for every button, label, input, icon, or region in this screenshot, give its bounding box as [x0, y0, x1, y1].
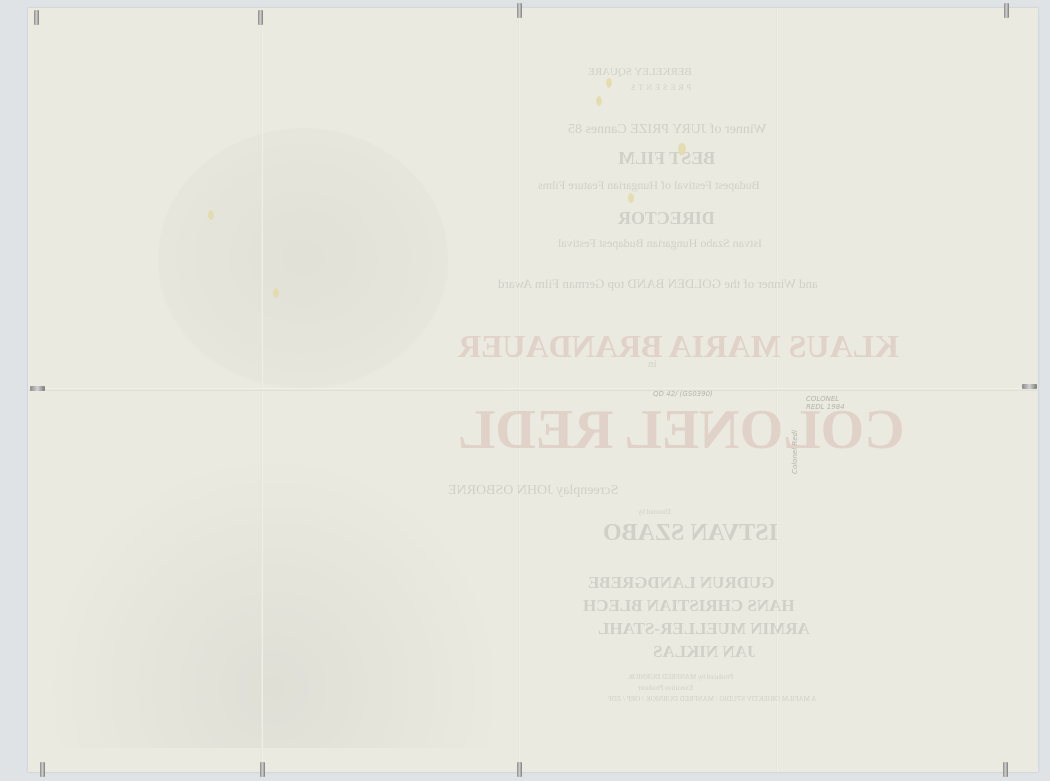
stain — [273, 288, 279, 298]
body-silhouette-ghost — [38, 448, 508, 748]
ghost-cast-3: ARMIN MUELLER-STAHL — [598, 619, 810, 639]
stain — [678, 143, 686, 155]
pencil-note-top: QD 42/ (GS0390) — [653, 390, 713, 398]
ghost-line6: and Winner of the GOLDEN BAND top German… — [498, 276, 818, 292]
ghost-presents: PRESENTS — [628, 83, 691, 92]
ghost-credit-2: Executive Producer — [638, 684, 693, 692]
pencil-note-vertical: Colonel Redl — [791, 430, 799, 474]
ghost-cast-1: GUDRUN LANDGREBE — [588, 573, 775, 593]
ghost-star: KLAUS MARIA BRANDAUER — [458, 328, 899, 365]
pencil-note-right: COLONEL REDL 1984 — [806, 395, 846, 411]
ghost-directed-by: Directed by — [638, 508, 671, 516]
ghost-director: ISTVAN SZABO — [603, 520, 778, 547]
binder-clip — [1022, 384, 1037, 389]
fold-line-horizontal — [28, 388, 1038, 391]
ghost-line3: Budapest Festival of Hungarian Feature F… — [538, 178, 760, 193]
binder-clip — [517, 762, 522, 777]
ghost-line4: DIRECTOR — [618, 208, 715, 229]
binder-clip — [34, 10, 39, 25]
binder-clip — [258, 10, 263, 25]
poster-back: BERKELEY SQUARE PRESENTS Winner of JURY … — [28, 8, 1038, 772]
stain — [208, 210, 214, 220]
binder-clip — [517, 3, 522, 18]
ghost-credit-3: A MAFILM OBJEKTIV STUDIO / MANFRED DURNI… — [608, 695, 816, 703]
binder-clip — [1003, 762, 1008, 777]
ghost-line1: Winner of JURY PRIZE Cannes 85 — [568, 122, 766, 138]
binder-clip — [40, 762, 45, 777]
ghost-cast-2: HANS CHRISTIAN BLECH — [583, 596, 795, 616]
stain — [628, 193, 634, 203]
binder-clip — [260, 762, 265, 777]
binder-clip — [30, 386, 45, 391]
stain — [596, 96, 602, 106]
binder-clip — [1004, 3, 1009, 18]
stain — [606, 78, 612, 88]
ghost-line2: BEST FILM — [618, 148, 715, 169]
ghost-credit-1: Produced by MANFRED DURNIOK — [628, 673, 733, 681]
ghost-cast-4: JAN NIKLAS — [653, 642, 756, 662]
ghost-presenter: BERKELEY SQUARE — [588, 66, 692, 78]
ghost-screenplay: Screenplay JOHN OSBORNE — [448, 483, 618, 499]
face-silhouette-ghost — [158, 128, 448, 388]
ghost-in: in — [648, 358, 657, 370]
ghost-line5: Istvan Szabo Hungarian Budapest Festival — [558, 236, 762, 251]
